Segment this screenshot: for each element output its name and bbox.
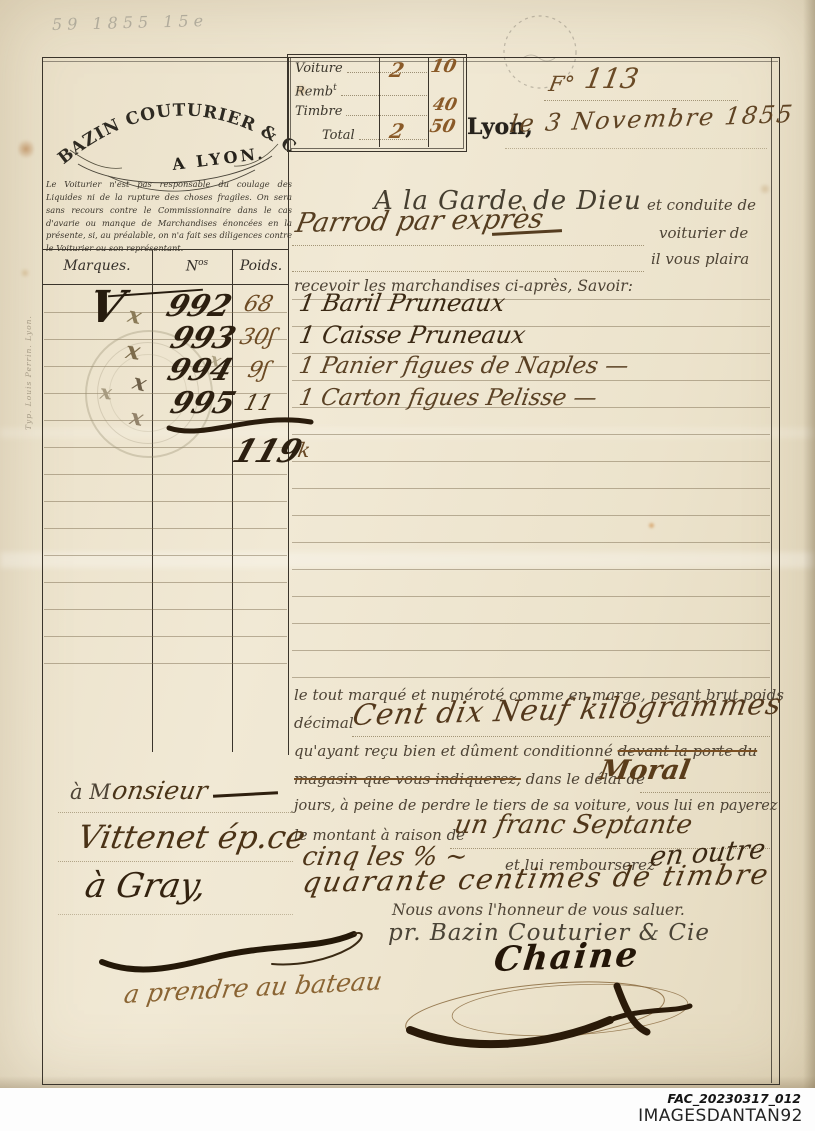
struck-text: magasin que vous indiquerez, xyxy=(294,770,521,788)
signature-flourish xyxy=(385,968,705,1053)
ruleline xyxy=(58,812,293,813)
fee-total-centimes: 50 xyxy=(428,116,458,137)
ruleline xyxy=(352,736,770,737)
ruleline xyxy=(640,792,770,793)
goods-line: 1 Caisse Pruneaux xyxy=(297,321,528,349)
total-weight: 119 xyxy=(228,432,307,470)
fee-row-total: Total xyxy=(322,128,427,143)
column-header-marques: Marques. xyxy=(52,258,142,274)
parcel-number: 992 xyxy=(162,289,236,324)
scanned-waybill-document: 59 1855 15e Typ. Louis Perrin. Lyon. BAZ… xyxy=(0,0,815,1131)
printer-imprint: Typ. Louis Perrin. Lyon. xyxy=(24,315,33,430)
goods-line: 1 Panier figues de Naples — xyxy=(297,353,631,379)
goods-line: 1 Carton figues Pelisse — xyxy=(297,385,599,411)
salutation-printed: Nous avons l'honneur de vous saluer. xyxy=(392,901,685,919)
folio-label: F° xyxy=(547,72,576,96)
addressee-city-handwritten: à Gray, xyxy=(82,866,209,906)
rate-handwritten: un franc Septante xyxy=(452,810,695,840)
parcel-weight: 30ʃ xyxy=(237,325,278,350)
addressee-name-handwritten: Vittenet ép.ce xyxy=(75,818,308,856)
folio-ruleline xyxy=(544,100,738,101)
paper-stain xyxy=(20,268,30,278)
fee-timbre-centimes: 40 xyxy=(431,95,459,115)
paper-edge xyxy=(803,0,815,1088)
watermark-id: FAC_20230317_012 xyxy=(0,1088,815,1106)
ruleline xyxy=(58,861,293,862)
watermark-brand: IMAGESDANTAN92 xyxy=(0,1106,815,1126)
conditions-paragraph: Le Voiturier n'est pas responsable du co… xyxy=(46,178,292,255)
table-top-line xyxy=(42,249,288,250)
fee-row-timbre: Timbre xyxy=(295,104,427,119)
delay-handwritten: Moral xyxy=(597,755,692,786)
il-vous-plaira-printed: il vous plaira xyxy=(651,250,749,268)
parcel-number: 994 xyxy=(163,353,237,388)
column-header-poids: Poids. xyxy=(236,258,286,274)
parcel-number: 993 xyxy=(166,321,240,356)
pencil-archive-note: 59 1855 15e xyxy=(52,11,209,34)
column-header-numeros: Nos xyxy=(172,258,222,275)
x-mark-pencil: x xyxy=(99,380,113,405)
addressee-prefix-handwritten: onsieur xyxy=(110,776,210,805)
ruleline xyxy=(292,271,644,272)
paper-stain xyxy=(18,138,34,160)
folio-number: 113 xyxy=(582,62,641,95)
company-logo: BAZIN COUTURIER & Cie A LYON. xyxy=(50,64,295,194)
fee-row-remboursement: Rembt xyxy=(295,83,427,99)
ruleline xyxy=(292,245,644,246)
fee-row-voiture: Voiture xyxy=(295,61,427,76)
logo-city-text: A LYON. xyxy=(170,144,266,174)
ruleline xyxy=(58,914,293,915)
date-ruleline xyxy=(505,148,767,149)
goods-line: 1 Baril Pruneaux xyxy=(297,289,507,317)
fee-voiture-centimes: 10 xyxy=(429,56,459,77)
et-conduite-printed: et conduite de xyxy=(647,196,756,214)
watermark-strip: FAC_20230317_012 IMAGESDANTAN92 xyxy=(0,1088,815,1131)
addressee-prefix-printed: à M xyxy=(70,780,111,804)
frame-inner-right xyxy=(771,57,772,1083)
table-header-line xyxy=(42,284,288,285)
body-line4: magasin que vous indiquerez, dans le dél… xyxy=(294,770,645,788)
paper-background: 59 1855 15e Typ. Louis Perrin. Lyon. BAZ… xyxy=(0,0,815,1088)
body-line2-label: décimal xyxy=(294,714,354,732)
voiturier-de-printed: voiturier de xyxy=(659,224,748,242)
fee-table: Voiture Rembt Timbre Total 2 10 40 2 50 xyxy=(287,54,467,152)
